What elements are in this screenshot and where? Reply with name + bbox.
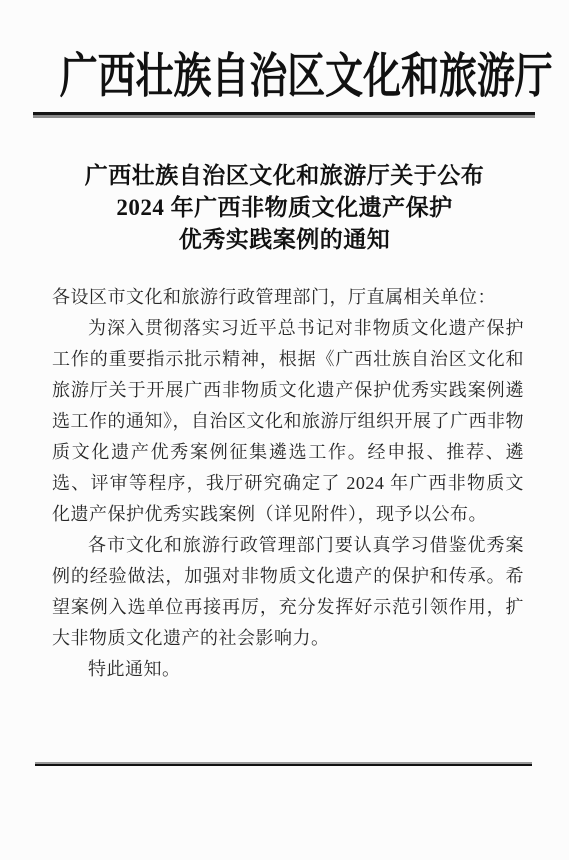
notice-body: 各设区市文化和旅游行政管理部门，厅直属相关单位： 为深入贯彻落实习近平总书记对非… bbox=[52, 282, 524, 685]
notice-title-line-3: 优秀实践案例的通知 bbox=[0, 224, 569, 256]
body-paragraph-2: 各市文化和旅游行政管理部门要认真学习借鉴优秀案例的经验做法，加强对非物质文化遗产… bbox=[52, 530, 524, 654]
body-paragraph-closing: 特此通知。 bbox=[52, 654, 524, 685]
salutation-line: 各设区市文化和旅游行政管理部门，厅直属相关单位： bbox=[52, 282, 524, 313]
notice-title: 广西壮族自治区文化和旅游厅关于公布 2024 年广西非物质文化遗产保护 优秀实践… bbox=[0, 160, 569, 256]
document-page: 广西壮族自治区文化和旅游厅 广西壮族自治区文化和旅游厅关于公布 2024 年广西… bbox=[0, 0, 569, 860]
notice-title-line-1: 广西壮族自治区文化和旅游厅关于公布 bbox=[0, 160, 569, 192]
footer-rule bbox=[35, 762, 532, 766]
masthead-rule bbox=[33, 112, 535, 118]
agency-name: 广西壮族自治区文化和旅游厅 bbox=[60, 48, 510, 106]
notice-title-line-2: 2024 年广西非物质文化遗产保护 bbox=[0, 192, 569, 224]
body-paragraph-1: 为深入贯彻落实习近平总书记对非物质文化遗产保护工作的重要指示批示精神，根据《广西… bbox=[52, 313, 524, 530]
